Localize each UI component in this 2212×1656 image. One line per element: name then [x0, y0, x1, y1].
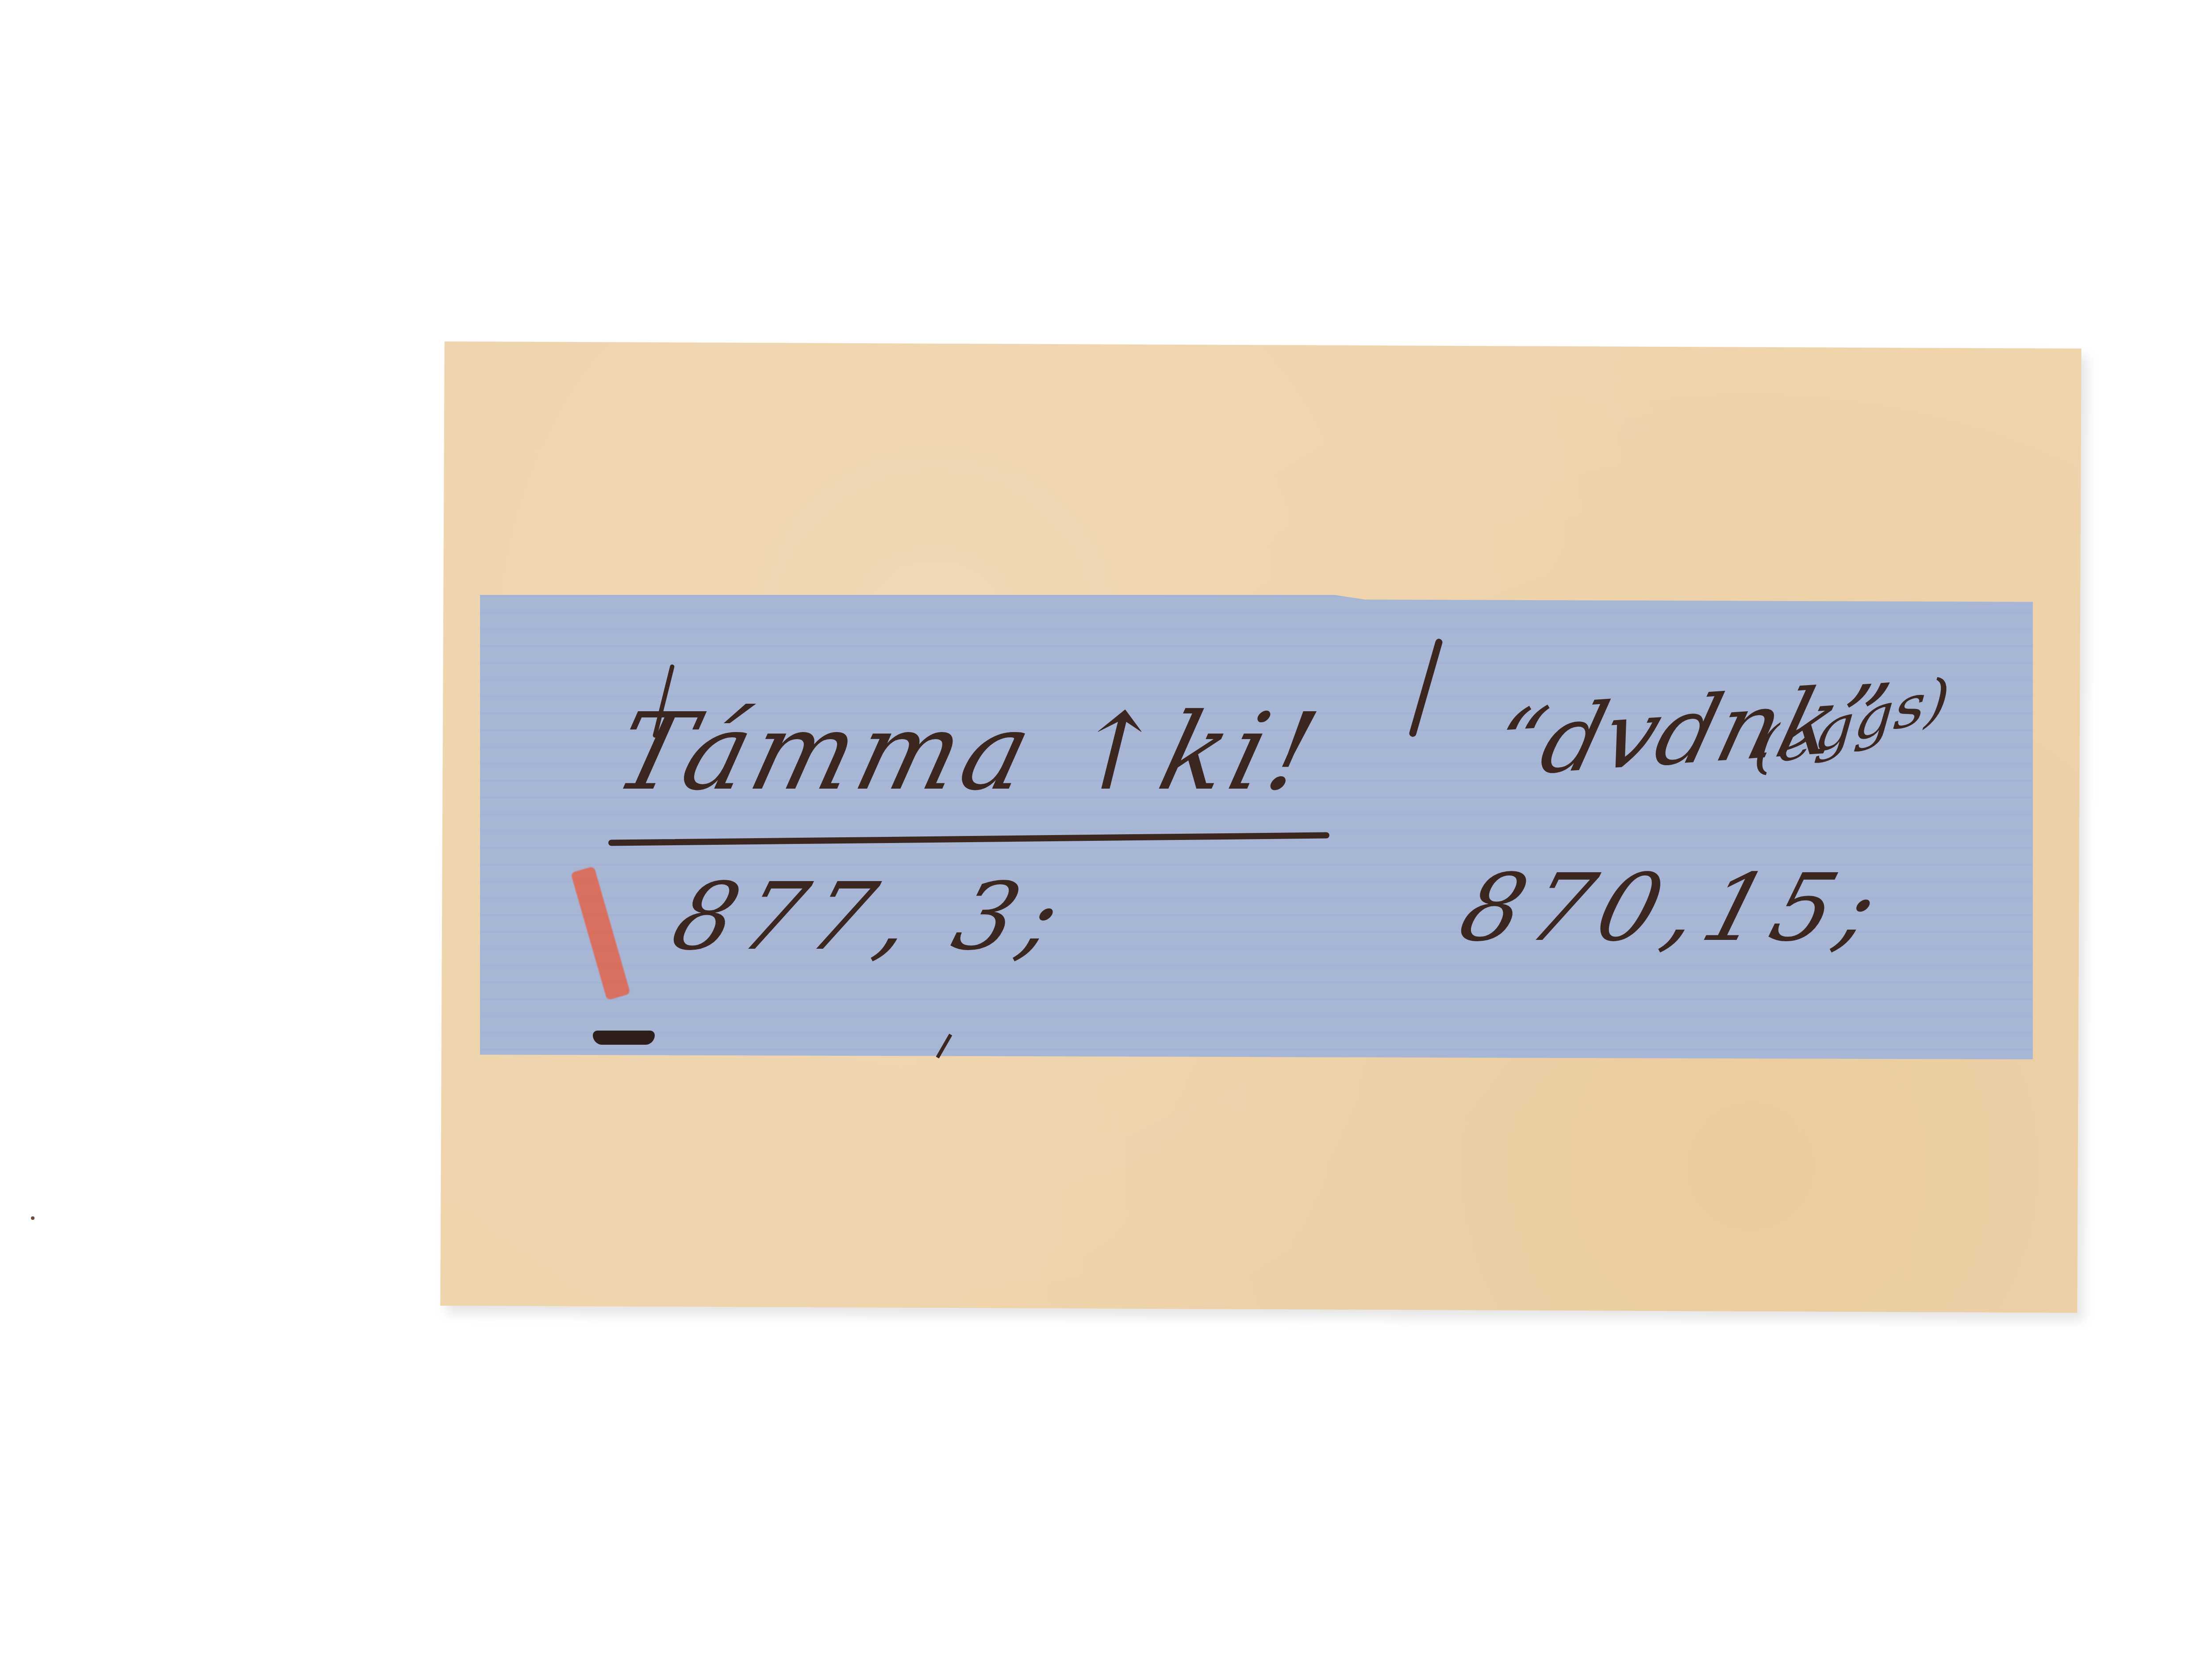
left-heading: Támma ↑ki! — [604, 690, 1333, 814]
right-number: 870,15; — [1449, 854, 1898, 962]
ink-dash — [593, 1031, 655, 1045]
blue-paper-strip — [480, 595, 2033, 1059]
left-number: 877, 3; — [661, 862, 1081, 971]
dust-speck — [31, 1216, 35, 1220]
